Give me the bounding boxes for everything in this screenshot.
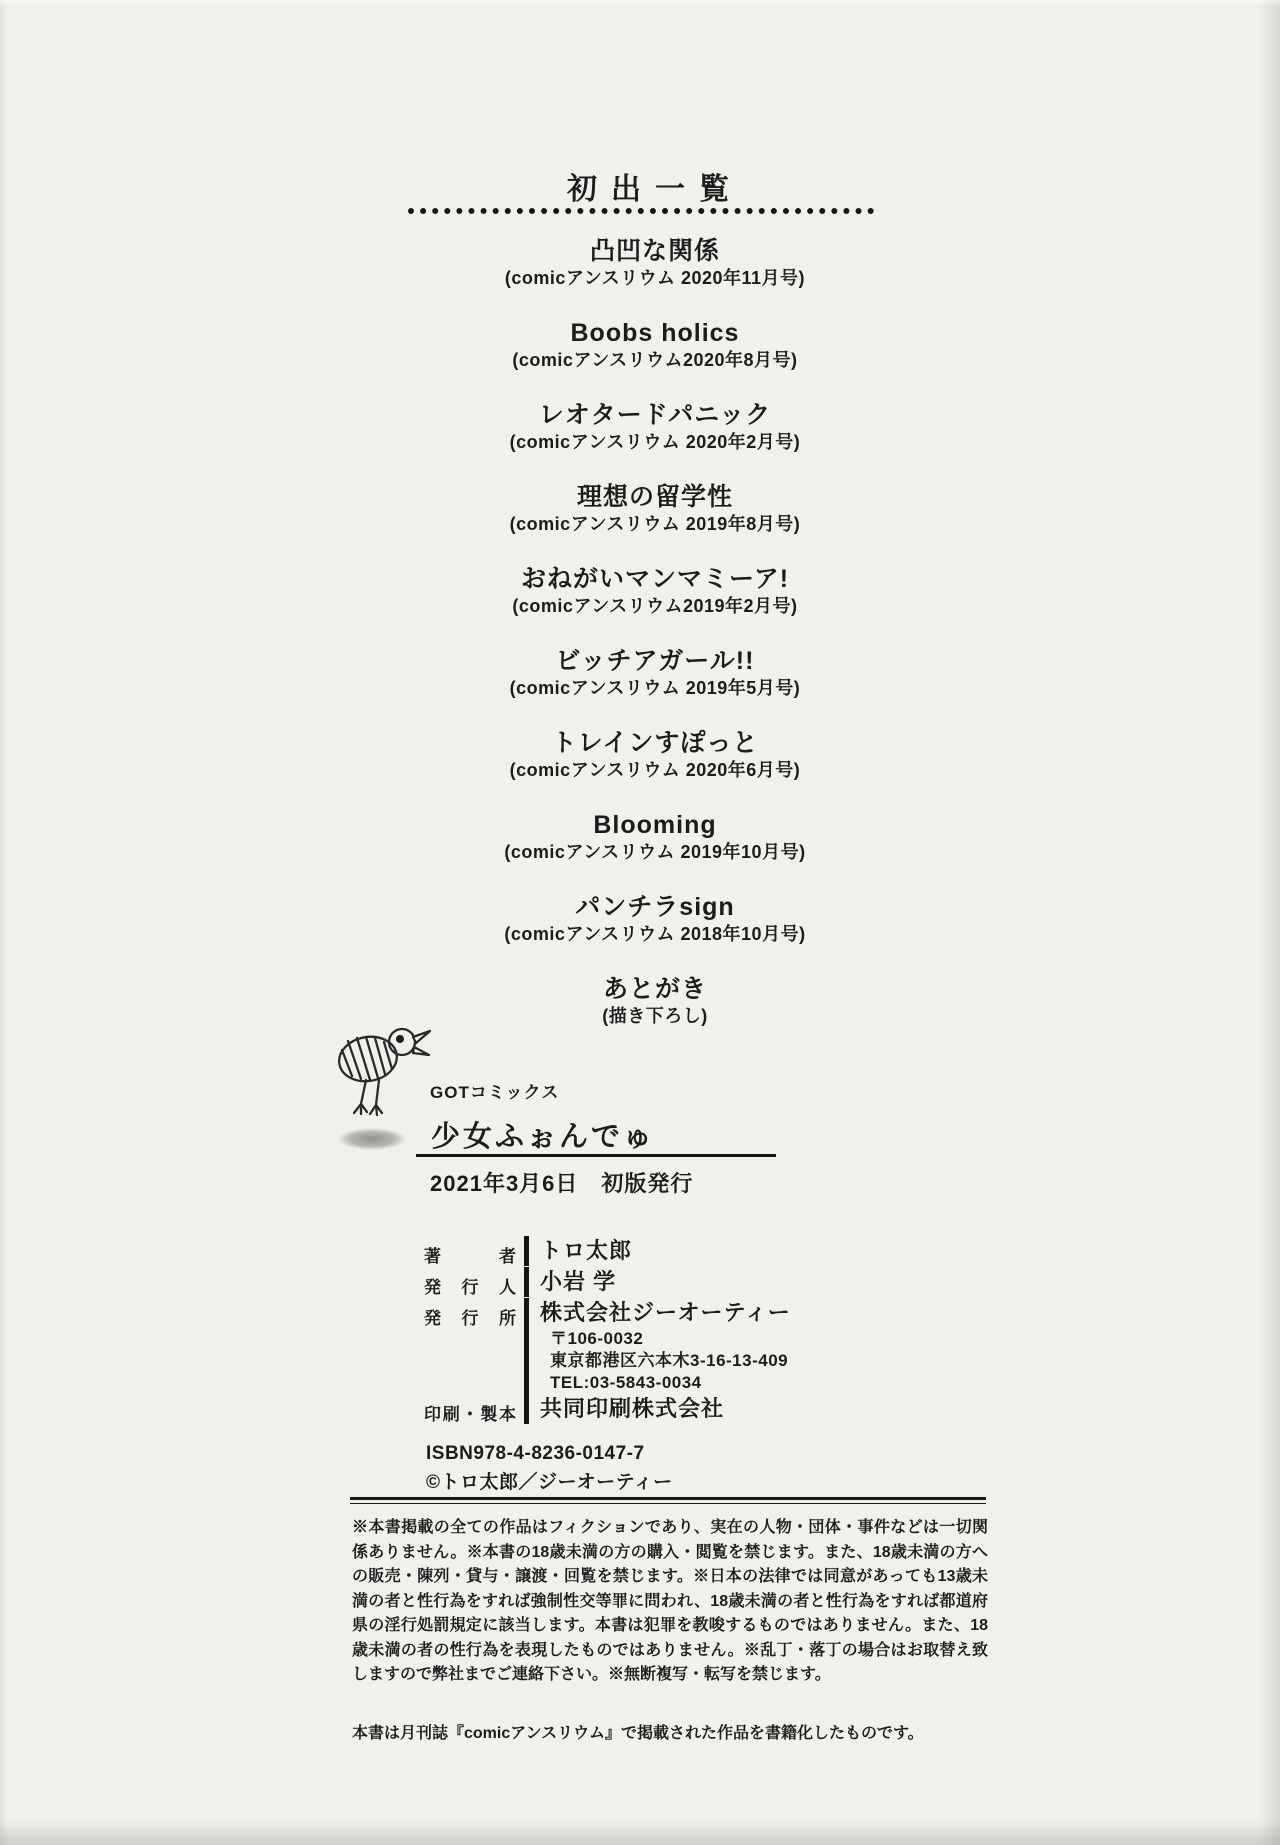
- work-title: ビッチアガール!!: [504, 646, 805, 676]
- credit-row: 発行所株式会社ジーオーティー〒106-0032東京都港区六本木3-16-13-4…: [424, 1298, 824, 1394]
- work-source: (comicアンスリウム 2019年8月号): [504, 512, 805, 536]
- credit-detail: TEL:03-5843-0034: [540, 1372, 824, 1394]
- credit-row: 著者トロ太郎: [424, 1236, 824, 1267]
- work-source: (comicアンスリウム 2018年10月号): [504, 922, 805, 946]
- scan-highlight-top: [0, 0, 1280, 6]
- credit-label: 印刷・製本: [424, 1394, 516, 1425]
- credits-table: 著者トロ太郎発行人小岩 学発行所株式会社ジーオーティー〒106-0032東京都港…: [424, 1236, 824, 1425]
- work-source: (描き下ろし): [504, 1004, 805, 1028]
- work-source: (comicアンスリウム 2020年2月号): [504, 430, 805, 454]
- credit-name: 株式会社ジーオーティー: [540, 1298, 824, 1328]
- publication-note: 本書は月刊誌『comicアンスリウム』で掲載された作品を書籍化したものです。: [352, 1722, 992, 1746]
- work-title: おねがいマンマミーア!: [504, 564, 805, 594]
- credit-row: 印刷・製本共同印刷株式会社: [424, 1394, 824, 1425]
- credit-name: 共同印刷株式会社: [540, 1394, 824, 1424]
- credit-value: 株式会社ジーオーティー〒106-0032東京都港区六本木3-16-13-409T…: [524, 1298, 824, 1394]
- first-publication-title: 初出一覧: [567, 164, 743, 208]
- publication-entry: レオタードパニック(comicアンスリウム 2020年2月号): [504, 400, 805, 482]
- credit-label: 著者: [424, 1236, 516, 1267]
- work-title: パンチラsign: [504, 892, 805, 922]
- publication-entry: 凸凹な関係(comicアンスリウム 2020年11月号): [504, 236, 805, 318]
- credit-detail: 〒106-0032: [540, 1328, 824, 1350]
- work-title: 凸凹な関係: [504, 236, 805, 266]
- work-title: レオタードパニック: [504, 400, 805, 430]
- edition-date: 2021年3月6日 初版発行: [430, 1167, 693, 1198]
- work-source: (comicアンスリウム 2020年6月号): [504, 758, 805, 782]
- isbn-text: ISBN978-4-8236-0147-7: [426, 1443, 645, 1465]
- credit-value: 共同印刷株式会社: [524, 1394, 824, 1424]
- publication-entry: あとがき(描き下ろし): [504, 974, 805, 1056]
- work-source: (comicアンスリウム 2019年5月号): [504, 676, 805, 700]
- work-source: (comicアンスリウム2020年8月号): [504, 348, 805, 372]
- publication-entry: Boobs holics(comicアンスリウム2020年8月号): [504, 318, 805, 400]
- work-source: (comicアンスリウム2019年2月号): [504, 594, 805, 618]
- work-source: (comicアンスリウム 2019年10月号): [504, 840, 805, 864]
- publication-list: 凸凹な関係(comicアンスリウム 2020年11月号)Boobs holics…: [504, 236, 805, 1056]
- imprint-label: GOTコミックス: [430, 1078, 559, 1103]
- credit-row: 発行人小岩 学: [424, 1267, 824, 1298]
- title-underline: [416, 1154, 776, 1157]
- publication-entry: トレインすぽっと(comicアンスリウム 2020年6月号): [504, 728, 805, 810]
- bird-shadow: [338, 1128, 406, 1150]
- scan-shadow-right: [1258, 0, 1280, 1845]
- credit-name: トロ太郎: [540, 1236, 824, 1266]
- publication-entry: ビッチアガール!!(comicアンスリウム 2019年5月号): [504, 646, 805, 728]
- work-title: Boobs holics: [504, 318, 805, 348]
- work-title: トレインすぽっと: [504, 728, 805, 758]
- credit-label: 発行所: [424, 1298, 516, 1329]
- dotted-divider: [408, 208, 874, 214]
- work-title: 理想の留学性: [504, 482, 805, 512]
- book-title: 少女ふぉんでゅ: [431, 1114, 655, 1155]
- work-title: Blooming: [504, 810, 805, 840]
- work-source: (comicアンスリウム 2020年11月号): [504, 266, 805, 290]
- credit-detail: 東京都港区六本木3-16-13-409: [540, 1350, 824, 1372]
- credit-value: トロ太郎: [524, 1236, 824, 1266]
- publication-entry: Blooming(comicアンスリウム 2019年10月号): [504, 810, 805, 892]
- scan-shadow-bottom: [0, 1819, 1280, 1845]
- credit-label: 発行人: [424, 1267, 516, 1298]
- page: { "ink_color": "#1c1c1c", "paper_color":…: [0, 0, 1280, 1845]
- publication-entry: パンチラsign(comicアンスリウム 2018年10月号): [504, 892, 805, 974]
- work-title: あとがき: [504, 974, 805, 1004]
- publication-entry: 理想の留学性(comicアンスリウム 2019年8月号): [504, 482, 805, 564]
- scan-shadow-left: [0, 0, 8, 1845]
- credit-value: 小岩 学: [524, 1267, 824, 1297]
- credit-name: 小岩 学: [540, 1267, 824, 1297]
- copyright-text: ©トロ太郎／ジーオーティー: [426, 1467, 673, 1494]
- publication-entry: おねがいマンマミーア!(comicアンスリウム2019年2月号): [504, 564, 805, 646]
- legal-disclaimer: ※本書掲載の全ての作品はフィクションであり、実在の人物・団体・事件などは一切関係…: [352, 1516, 988, 1688]
- bird-doodle-icon: [330, 1026, 432, 1130]
- legal-divider-rule: [350, 1497, 986, 1504]
